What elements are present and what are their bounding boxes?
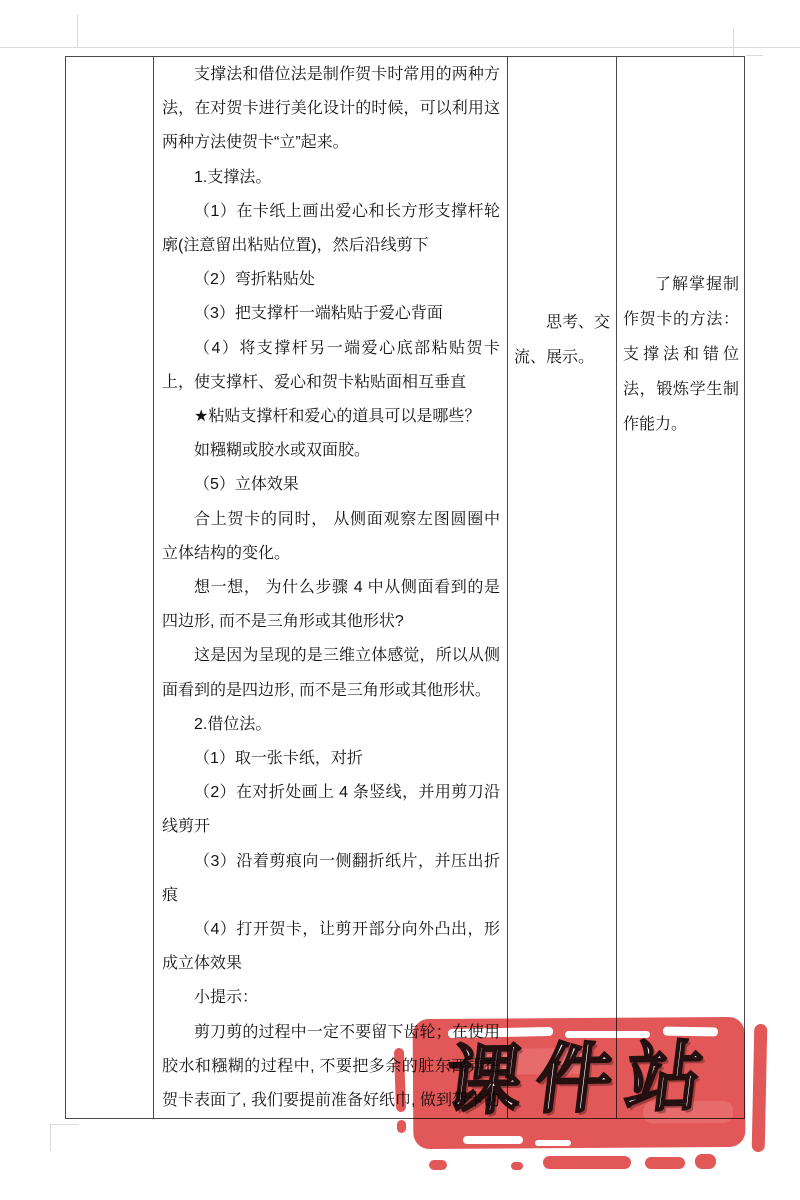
stamp-brush-dash xyxy=(511,1162,523,1170)
page-corner-mark-bottom-left-h xyxy=(50,1124,78,1125)
stamp-brush-stroke xyxy=(752,1024,768,1152)
stamp-distress-gap xyxy=(463,1136,523,1144)
stamp-brush-dash xyxy=(429,1160,447,1170)
activity-text: 思考、交流、展示。 xyxy=(514,305,610,375)
stamp-distress-gap xyxy=(535,1140,571,1146)
content-paragraph: 小提示： xyxy=(162,981,500,1015)
stamp-brush-dash xyxy=(543,1156,631,1169)
content-paragraph: （4）将支撑杆另一端爱心底部粘贴贺卡上，使支撑杆、爱心和贺卡粘贴面相互垂直 xyxy=(162,332,500,400)
content-paragraph: （1）取一张卡纸，对折 xyxy=(162,742,500,776)
content-paragraph: （2）在对折处画上 4 条竖线，并用剪刀沿线剪开 xyxy=(162,776,500,844)
content-paragraph: 如糨糊或胶水或双面胶。 xyxy=(162,434,500,468)
lesson-plan-table: 支撑法和借位法是制作贺卡时常用的两种方法，在对贺卡进行美化设计的时候，可以利用这… xyxy=(65,56,745,1119)
content-paragraph: 这是因为呈现的是三维立体感觉，所以从侧面看到的是四边形, 而不是三角形或其他形状… xyxy=(162,639,500,707)
page-corner-mark-top-right-seg xyxy=(746,55,763,56)
content-paragraph: 想一想， 为什么步骤 4 中从侧面看到的是四边形, 而不是三角形或其他形状? xyxy=(162,571,500,639)
content-paragraph: ★粘贴支撑杆和爱心的道具可以是哪些？ xyxy=(162,400,500,434)
content-paragraph: （5）立体效果 xyxy=(162,468,500,502)
table-cell-activity: 思考、交流、展示。 xyxy=(507,57,616,1118)
content-paragraph: 1.支撑法。 xyxy=(162,161,500,195)
stamp-brush-dash xyxy=(695,1154,716,1169)
content-paragraph: （4）打开贺卡，让剪开部分向外凸出，形成立体效果 xyxy=(162,913,500,981)
table-cell-goal: 了解掌握制作贺卡的方法：支撑法和错位法，锻炼学生制作能力。 xyxy=(616,57,746,1118)
page-corner-mark-bottom-left-v xyxy=(50,1124,51,1151)
stamp-brush-dash xyxy=(645,1157,685,1169)
content-paragraph: 剪刀剪的过程中一定不要留下齿轮；在使用胶水和糨糊的过程中, 不要把多余的脏东西弄… xyxy=(162,1016,500,1118)
stamp-brush-dot xyxy=(397,1120,406,1133)
content-paragraph: 支撑法和借位法是制作贺卡时常用的两种方法，在对贺卡进行美化设计的时候，可以利用这… xyxy=(162,58,500,161)
goal-text: 了解掌握制作贺卡的方法：支撑法和错位法，锻炼学生制作能力。 xyxy=(623,267,739,442)
content-paragraph: 合上贺卡的同时， 从侧面观察左图圆圈中立体结构的变化。 xyxy=(162,503,500,571)
page-corner-mark-top-right xyxy=(733,28,734,56)
page-corner-mark-top-left xyxy=(77,15,78,48)
content-paragraph: （1）在卡纸上画出爱心和长方形支撑杆轮廓(注意留出粘贴位置)，然后沿线剪下 xyxy=(162,195,500,263)
page-top-boundary-line xyxy=(0,47,800,48)
content-paragraph: （3）沿着剪痕向一侧翻折纸片，并压出折痕 xyxy=(162,845,500,913)
content-paragraph: （3）把支撑杆一端粘贴于爱心背面 xyxy=(162,297,500,331)
table-cell-main-content: 支撑法和借位法是制作贺卡时常用的两种方法，在对贺卡进行美化设计的时候，可以利用这… xyxy=(153,57,507,1118)
content-paragraph: （2）弯折粘贴处 xyxy=(162,263,500,297)
table-cell-empty xyxy=(66,57,153,1118)
content-paragraph: 2.借位法。 xyxy=(162,708,500,742)
